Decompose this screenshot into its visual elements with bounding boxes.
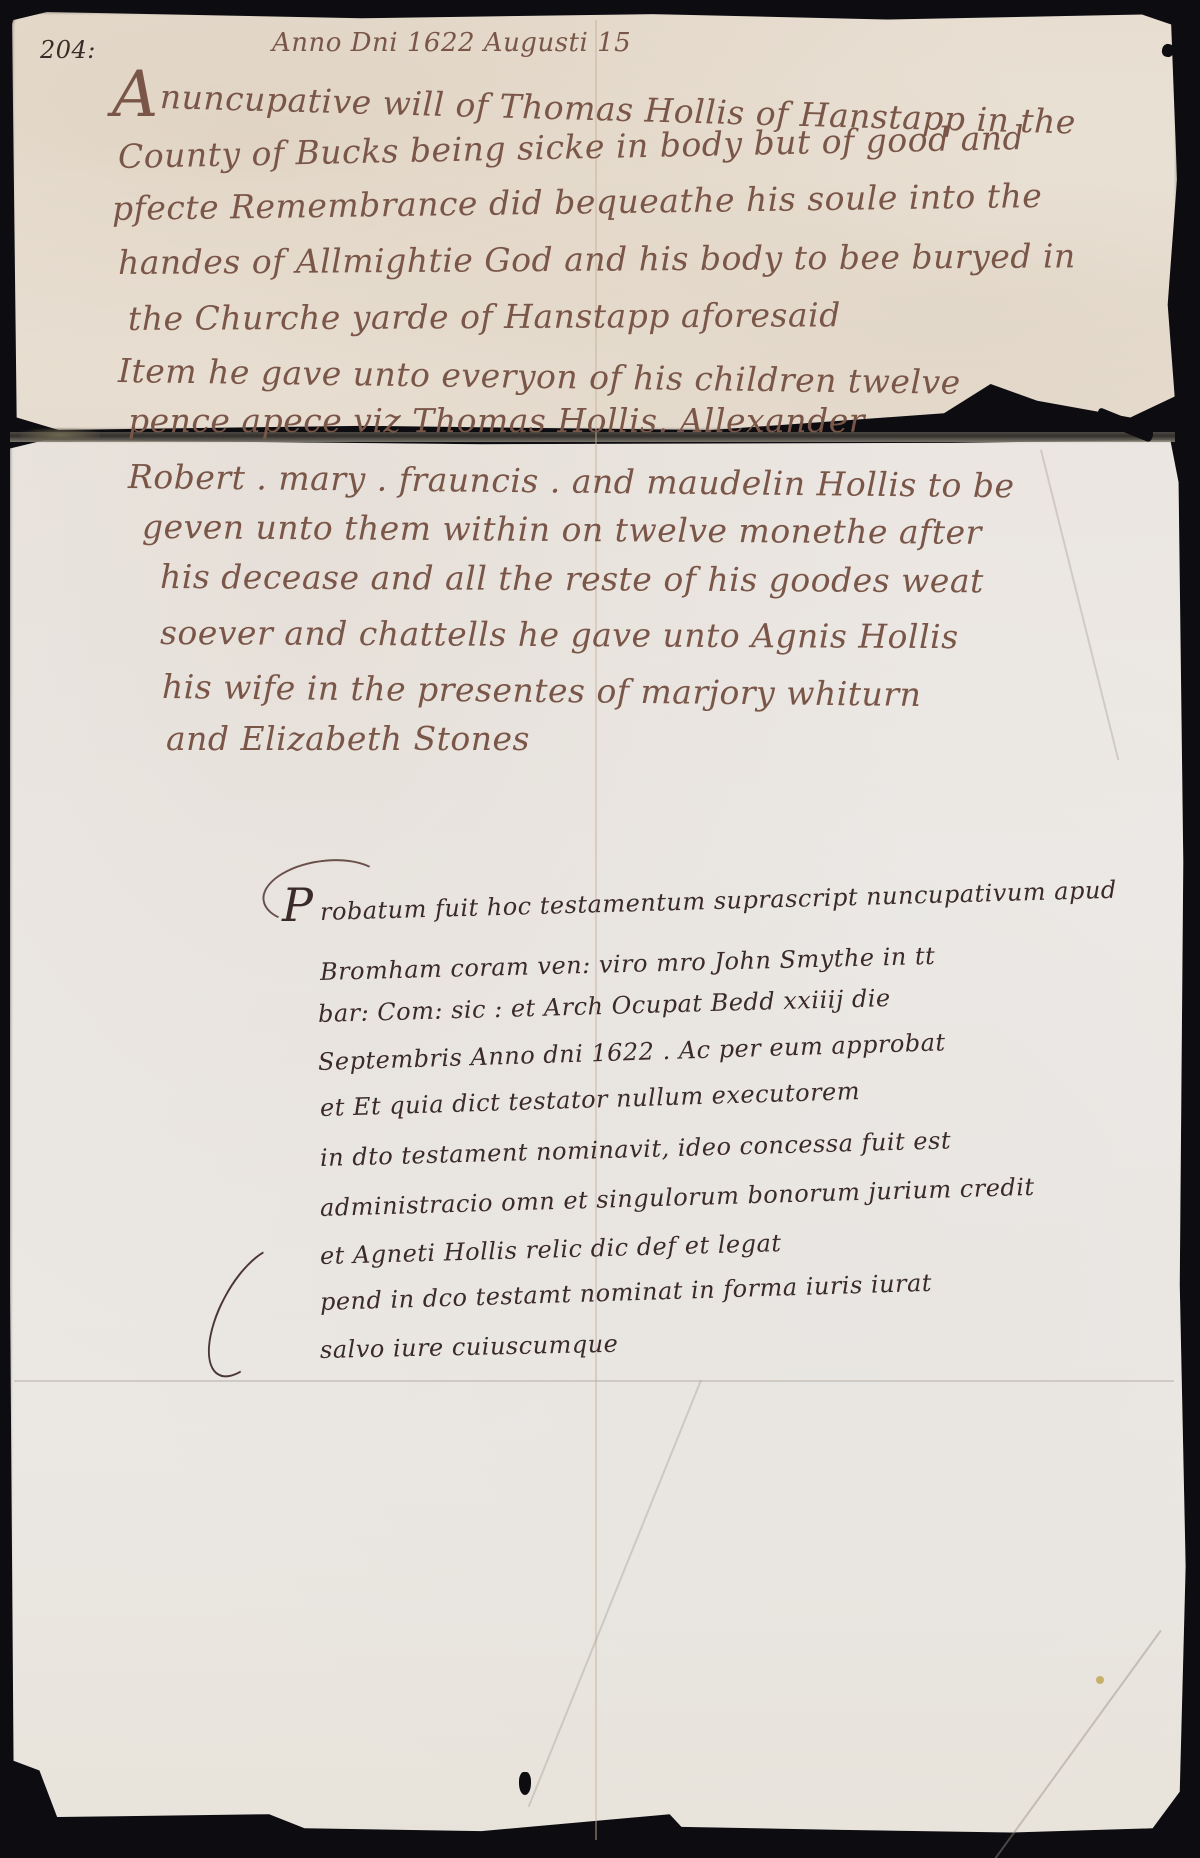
stain-spot xyxy=(1096,1676,1104,1684)
probate-line: salvo iure cuiuscumque xyxy=(320,1332,619,1362)
will-line: geven unto them within on twelve monethe… xyxy=(142,510,982,549)
will-line: his decease and all the reste of his goo… xyxy=(160,560,984,597)
will-drop-cap: A xyxy=(112,58,158,132)
hole-bottom xyxy=(519,1772,531,1795)
will-line: Robert . mary . frauncis . and maudelin … xyxy=(128,460,1015,502)
will-line: soever and chattells he gave unto Agnis … xyxy=(160,616,959,653)
document-photograph: 204: Anno Dni 1622 Augusti 15 A nuncupat… xyxy=(0,0,1200,1858)
heading-date: Anno Dni 1622 Augusti 15 xyxy=(272,30,631,56)
will-line: and Elizabeth Stones xyxy=(166,722,530,755)
will-line: pence apece viz Thomas Hollis. Allexande… xyxy=(128,404,865,437)
probate-drop-cap: P xyxy=(282,878,313,932)
will-line: handes of Allmightie God and his body to… xyxy=(118,239,1076,279)
seam-stain xyxy=(20,428,100,442)
vertical-fold-line xyxy=(595,20,597,1840)
will-line: his wife in the presentes of marjory whi… xyxy=(162,670,922,711)
folio-number: 204: xyxy=(40,38,96,62)
horizontal-fold-line xyxy=(14,1380,1174,1382)
will-line: the Churche yarde of Hanstapp aforesaid xyxy=(128,298,841,335)
